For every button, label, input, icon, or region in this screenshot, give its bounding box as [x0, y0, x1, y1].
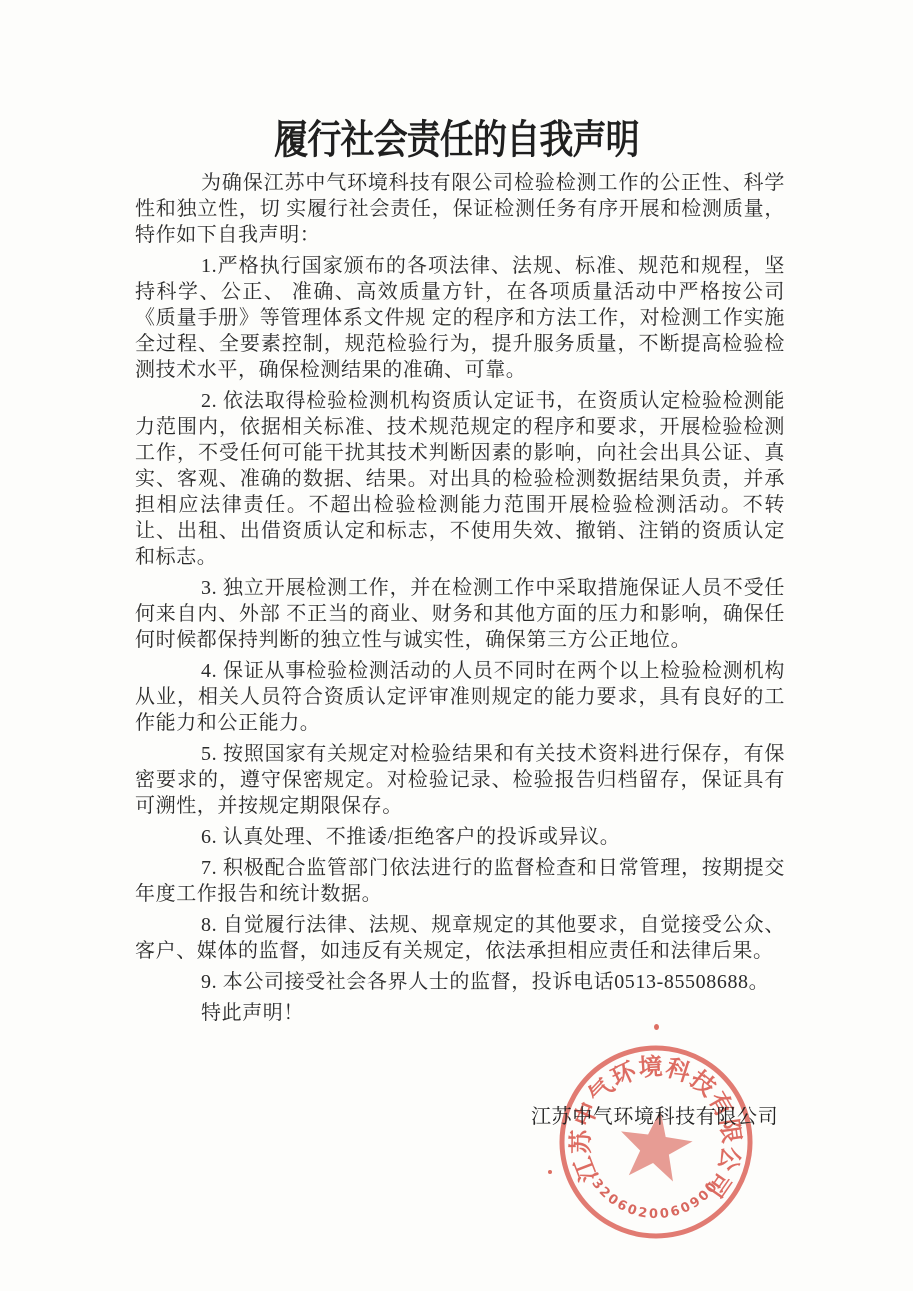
declaration-item-3: 3. 独立开展检测工作，并在检测工作中采取措施保证人员不受任何来自内、外部 不正… — [135, 575, 785, 653]
company-seal: 江苏中气环境科技有限公司 3206020060900 — [543, 1029, 769, 1255]
declaration-item-8: 8. 自觉履行法律、法规、规章规定的其他要求，自觉接受公众、客户、媒体的监督，如… — [135, 912, 785, 964]
document-body: 为确保江苏中气环境科技有限公司检验检测工作的公正性、科学性和独立性，切 实履行社… — [135, 170, 785, 1031]
document-page: 履行社会责任的自我声明 为确保江苏中气环境科技有限公司检验检测工作的公正性、科学… — [0, 0, 913, 1291]
declaration-item-2: 2. 依法取得检验检测机构资质认定证书，在资质认定检验检测能力范围内，依据相关标… — [135, 388, 785, 570]
signature-company-name: 江苏中气环境科技有限公司 — [531, 1100, 778, 1129]
intro-paragraph: 为确保江苏中气环境科技有限公司检验检测工作的公正性、科学性和独立性，切 实履行社… — [135, 170, 785, 248]
seal-ink-speck — [654, 1024, 659, 1030]
declaration-item-7: 7. 积极配合监管部门依法进行的监督检查和日常管理，按期提交年度工作报告和统计数… — [135, 855, 785, 907]
closing-statement: 特此声明！ — [135, 1000, 785, 1026]
declaration-item-1: 1.严格执行国家颁布的各项法律、法规、标准、规范和规程，坚持科学、公正、 准确、… — [135, 253, 785, 383]
declaration-item-6: 6. 认真处理、不推诿/拒绝客户的投诉或异议。 — [135, 824, 785, 850]
document-title: 履行社会责任的自我声明 — [68, 108, 844, 165]
declaration-item-9: 9. 本公司接受社会各界人士的监督，投诉电话0513-85508688。 — [135, 969, 785, 995]
declaration-item-5: 5. 按照国家有关规定对检验结果和有关技术资料进行保存，有保密要求的，遵守保密规… — [135, 741, 785, 819]
declaration-item-4: 4. 保证从事检验检测活动的人员不同时在两个以上检验检测机构从业，相关人员符合资… — [135, 658, 785, 736]
